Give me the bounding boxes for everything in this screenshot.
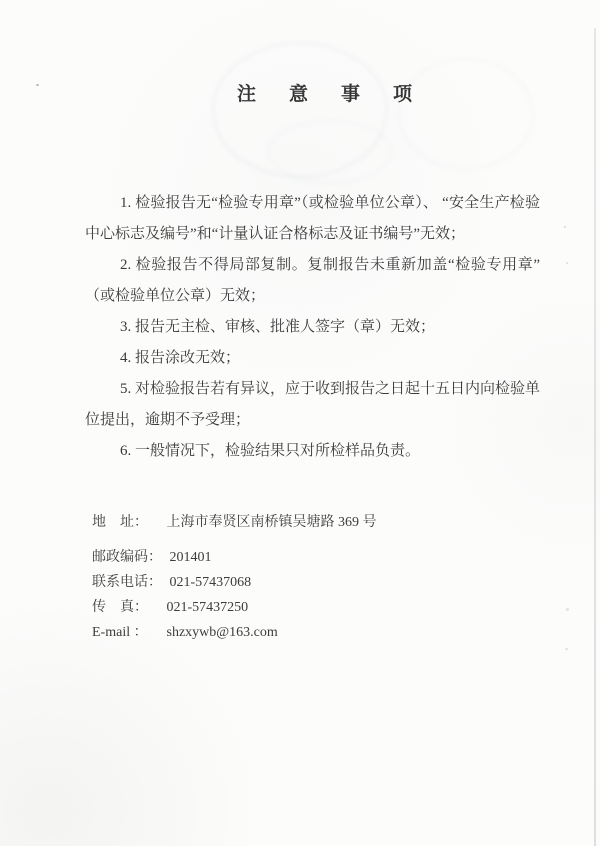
notice-item-5: 5. 对检验报告若有异议，应于收到报告之日起十五日内向检验单位提出，逾期不予受理… bbox=[85, 374, 540, 436]
scan-edge-line bbox=[594, 28, 596, 846]
notice-item-3: 3. 报告无主检、审核、批准人签字（章）无效； bbox=[85, 312, 540, 343]
contact-label-address: 地 址： bbox=[92, 510, 159, 535]
contact-row-email: E-mail ： shzxywb@163.com bbox=[92, 620, 540, 645]
scan-speck bbox=[36, 84, 39, 86]
contact-value-address: 上海市奉贤区南桥镇吴塘路 369 号 bbox=[167, 515, 377, 530]
notice-item-4: 4. 报告涂改无效； bbox=[85, 343, 540, 374]
contact-value-postal-code: 201401 bbox=[170, 550, 212, 565]
scan-speck bbox=[566, 262, 568, 264]
contact-row-address: 地 址： 上海市奉贤区南桥镇吴塘路 369 号 bbox=[92, 510, 540, 535]
notice-item-1: 1. 检验报告无“检验专用章”（或检验单位公章）、 “安全生产检验中心标志及编号… bbox=[85, 188, 540, 250]
scan-speck bbox=[565, 648, 568, 650]
contact-row-phone: 联系电话： 021-57437068 bbox=[92, 570, 540, 595]
document-page: 注意事项 1. 检验报告无“检验专用章”（或检验单位公章）、 “安全生产检验中心… bbox=[0, 0, 600, 846]
contact-row-postal-code: 邮政编码： 201401 bbox=[92, 545, 540, 570]
contact-info: 地 址： 上海市奉贤区南桥镇吴塘路 369 号 邮政编码： 201401 联系电… bbox=[92, 510, 540, 645]
notice-item-2: 2. 检验报告不得局部复制。复制报告未重新加盖“检验专用章”（或检验单位公章）无… bbox=[85, 250, 540, 312]
scan-speck bbox=[566, 608, 569, 611]
contact-label-email: E-mail ： bbox=[92, 620, 159, 645]
page-title: 注意事项 bbox=[0, 0, 600, 106]
contact-label-phone: 联系电话： bbox=[92, 570, 162, 595]
notice-item-6: 6. 一般情况下，检验结果只对所检样品负责。 bbox=[85, 436, 540, 467]
contact-label-fax: 传 真： bbox=[92, 595, 159, 620]
contact-value-email: shzxywb@163.com bbox=[167, 625, 278, 640]
ghost-stamp-watermark bbox=[268, 120, 392, 184]
contact-value-fax: 021-57437250 bbox=[167, 600, 249, 615]
scan-speck bbox=[564, 226, 566, 228]
contact-row-fax: 传 真： 021-57437250 bbox=[92, 595, 540, 620]
notice-list: 1. 检验报告无“检验专用章”（或检验单位公章）、 “安全生产检验中心标志及编号… bbox=[85, 188, 540, 467]
contact-value-phone: 021-57437068 bbox=[170, 575, 252, 590]
page-title-text: 注意事项 bbox=[237, 84, 445, 106]
contact-label-postal-code: 邮政编码： bbox=[92, 545, 162, 570]
